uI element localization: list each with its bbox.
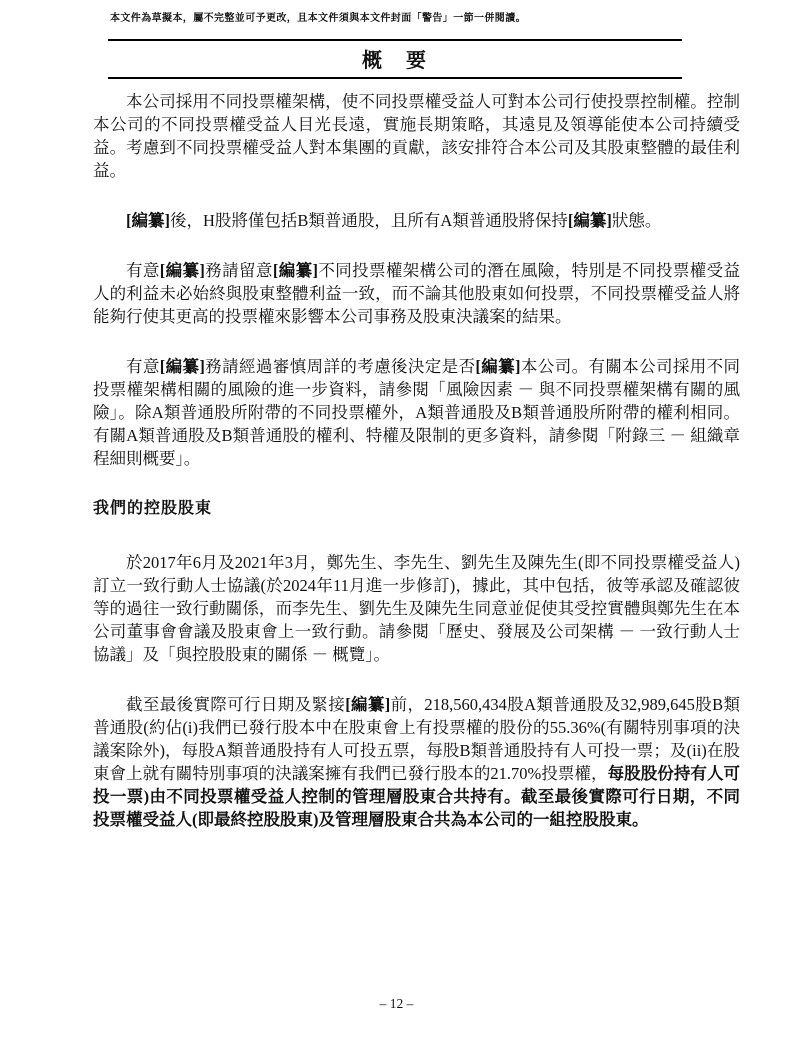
subsection-heading: 我們的控股股東 xyxy=(93,497,740,520)
bold-text-run: [編纂] xyxy=(475,357,520,376)
bold-text-run: [編纂] xyxy=(160,261,205,280)
section-title: 概 要 xyxy=(108,41,682,77)
paragraph-3: 有意[編纂]務請留意[編纂]不同投票權架構公司的潛在風險，特別是不同投票權受益人… xyxy=(93,259,740,328)
document-body: 本公司採用不同投票權架構，使不同投票權受益人可對本公司行使投票控制權。控制本公司… xyxy=(93,90,740,858)
bold-text-run: [編纂] xyxy=(126,211,170,230)
document-page: 本文件為草擬本，屬不完整並可予更改，且本文件須與本文件封面「警告」一節一併閱讀。… xyxy=(0,0,793,1058)
text-run: 務請經過審慎周詳的考慮後決定是否 xyxy=(205,357,476,376)
text-run: 於2017年6月及2021年3月，鄭先生、李先生、劉先生及陳先生(即不同投票權受… xyxy=(93,553,740,664)
bold-text-run: [編纂] xyxy=(160,357,205,376)
text-run: 狀態。 xyxy=(612,211,662,230)
bold-text-run: [編纂] xyxy=(273,261,318,280)
text-run: 截至最後實際可行日期及緊接 xyxy=(126,695,345,714)
paragraph-2: [編纂]後，H股將僅包括B類普通股，且所有A類普通股將保持[編纂]狀態。 xyxy=(93,209,740,232)
text-run: 有意 xyxy=(126,357,160,376)
text-run: 務請留意 xyxy=(205,261,273,280)
paragraph-6: 於2017年6月及2021年3月，鄭先生、李先生、劉先生及陳先生(即不同投票權受… xyxy=(93,551,740,666)
text-run: 有意 xyxy=(126,261,160,280)
paragraph-4: 有意[編纂]務請經過審慎周詳的考慮後決定是否[編纂]本公司。有關本公司採用不同投… xyxy=(93,355,740,470)
draft-warning-notice: 本文件為草擬本，屬不完整並可予更改，且本文件須與本文件封面「警告」一節一併閱讀。 xyxy=(110,9,700,24)
page-number: – 12 – xyxy=(0,996,793,1012)
paragraph-1: 本公司採用不同投票權架構，使不同投票權受益人可對本公司行使投票控制權。控制本公司… xyxy=(93,90,740,182)
text-run: 後，H股將僅包括B類普通股，且所有A類普通股將保持 xyxy=(170,211,568,230)
paragraph-7: 截至最後實際可行日期及緊接[編纂]前，218,560,434股A類普通股及32,… xyxy=(93,693,740,831)
bold-text-run: [編纂] xyxy=(568,211,612,230)
section-title-box: 概 要 xyxy=(108,39,682,79)
text-run: 本公司採用不同投票權架構，使不同投票權受益人可對本公司行使投票控制權。控制本公司… xyxy=(93,92,740,180)
bold-text-run: [編纂] xyxy=(345,695,390,714)
